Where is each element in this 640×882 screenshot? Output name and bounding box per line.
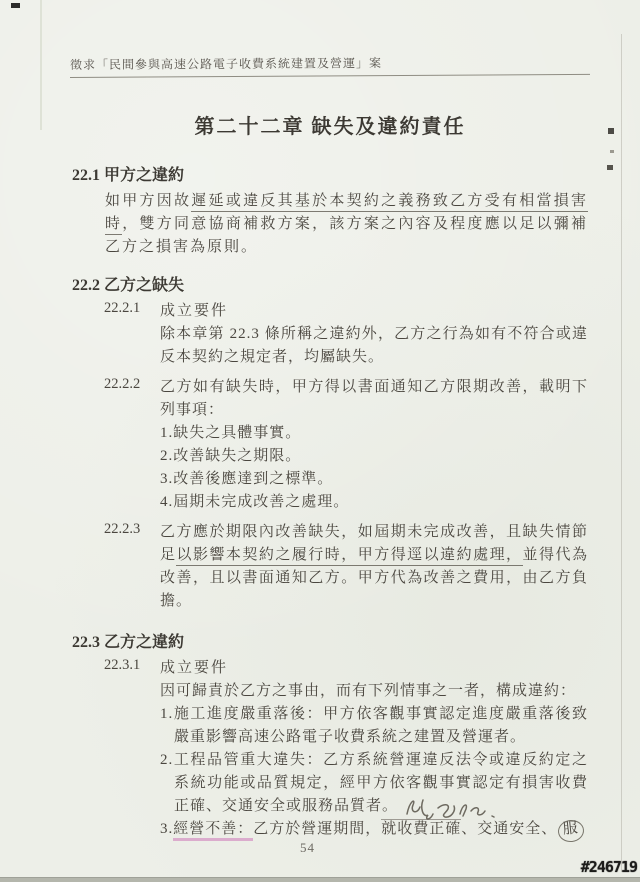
scan-artifact-vertical-line — [621, 34, 622, 872]
item-number: 3. — [160, 821, 173, 837]
page-number: 54 — [300, 840, 315, 856]
section-22-1-heading: 22.1甲方之違約 — [72, 162, 588, 185]
pen-circled-character: 服 — [557, 819, 585, 844]
clause-text: ，雙方同意協商補救方案，該方案之內容及程度應以足以彌補乙方之損害為原則。 — [105, 216, 588, 255]
pen-underlined-text: 以影響本契約之履行時，甲方得逕以違約處理， — [176, 547, 522, 566]
list-item: 3.改善後應達到之標準。 — [160, 468, 588, 491]
clause-number: 22.2.3 — [104, 521, 140, 538]
list-item: 4.屆期未完成改善之處理。 — [160, 491, 588, 514]
list-item: 2.改善缺失之期限。 — [160, 445, 588, 468]
clause-number: 22.2.1 — [104, 300, 140, 317]
stamp-number: #246719 — [581, 858, 637, 876]
clause-text: 、交通安全、 — [461, 821, 557, 837]
scan-artifact-topleft-mark — [11, 3, 20, 8]
pink-underlined-text: 經營不善： — [173, 821, 253, 841]
scan-artifact-bottom-edge — [0, 877, 640, 882]
section-number: 22.3 — [72, 634, 100, 651]
section-22-1-body: 如甲方因故遲延或違反其基於本契約之義務致乙方受有相當損害時，雙方同意協商補救方案… — [105, 190, 588, 259]
section-title: 乙方之缺失 — [104, 277, 184, 294]
pen-overlined-text: 就收費正確 — [381, 819, 461, 837]
scan-artifact-edge-dot — [610, 150, 614, 153]
clause-body: 除本章第 22.3 條所稱之違約外，乙方之行為如有不符合或違反本契約之規定者，均… — [160, 323, 588, 369]
clause-22-3-1: 22.3.1 成立要件 因可歸責於乙方之事由，而有下列情事之一者，構成違約： 1… — [160, 657, 588, 842]
clause-body: 乙方如有缺失時，甲方得以書面通知乙方限期改善，載明下列事項： — [160, 376, 588, 422]
clause-22-2-2: 22.2.2 乙方如有缺失時，甲方得以書面通知乙方限期改善，載明下列事項： 1.… — [160, 376, 588, 514]
list-item: 1.施工進度嚴重落後：甲方依客觀事實認定進度嚴重落後致嚴重影響高速公路電子收費系… — [160, 703, 588, 749]
list-item: 1.缺失之具體事實。 — [160, 422, 588, 445]
section-22-2-heading: 22.2乙方之缺失 — [72, 272, 588, 295]
clause-intro: 因可歸責於乙方之事由，而有下列情事之一者，構成違約： — [160, 680, 588, 703]
page-content: 第二十二章 缺失及違約責任 22.1甲方之違約 如甲方因故遲延或違反其基於本契約… — [72, 110, 588, 849]
section-number: 22.1 — [72, 167, 100, 184]
scan-artifact-edge-dot — [608, 128, 614, 134]
running-header-text: 徵求「民間參與高速公路電子收費系統建置及營運」案 — [70, 56, 382, 72]
clause-number: 22.3.1 — [104, 657, 140, 674]
section-number: 22.2 — [72, 277, 100, 294]
clause-text: 如甲方因故 — [105, 193, 191, 209]
clause-number: 22.2.2 — [104, 376, 140, 393]
clause-title: 成立要件 — [160, 300, 588, 323]
clause-text: 乙方於營運期間， — [253, 821, 381, 837]
clause-body: 乙方應於期限內改善缺失，如屆期未完成改善，且缺失情節足以影響本契約之履行時，甲方… — [160, 521, 588, 613]
clause-22-2-1: 22.2.1 成立要件 除本章第 22.3 條所稱之違約外，乙方之行為如有不符合… — [160, 300, 588, 369]
section-title: 甲方之違約 — [104, 167, 184, 184]
list-item: 2.工程品管重大違失：乙方系統營運違反法令或違反約定之系統功能或品質規定，經甲方… — [160, 749, 588, 818]
section-22-3-heading: 22.3乙方之違約 — [72, 629, 588, 652]
list-item: 3.經營不善：乙方於營運期間，就收費正確、交通安全、服 — [160, 818, 588, 842]
scan-artifact-edge-dot — [607, 165, 613, 170]
chapter-title: 第二十二章 缺失及違約責任 — [72, 110, 588, 139]
clause-title: 成立要件 — [160, 657, 588, 680]
scanned-contract-page: 徵求「民間參與高速公路電子收費系統建置及營運」案 第二十二章 缺失及違約責任 2… — [0, 0, 640, 882]
clause-22-2-3: 22.2.3 乙方應於期限內改善缺失，如屆期未完成改善，且缺失情節足以影響本契約… — [160, 521, 588, 613]
scan-artifact-left-streak — [40, 0, 42, 130]
section-title: 乙方之違約 — [104, 634, 184, 651]
clause-text: 2.工程品管重大違失：乙方系統營運違反法令或違反約定之系統功能或品質規定，經甲方… — [160, 752, 588, 814]
running-header: 徵求「民間參與高速公路電子收費系統建置及營運」案 — [70, 53, 590, 78]
